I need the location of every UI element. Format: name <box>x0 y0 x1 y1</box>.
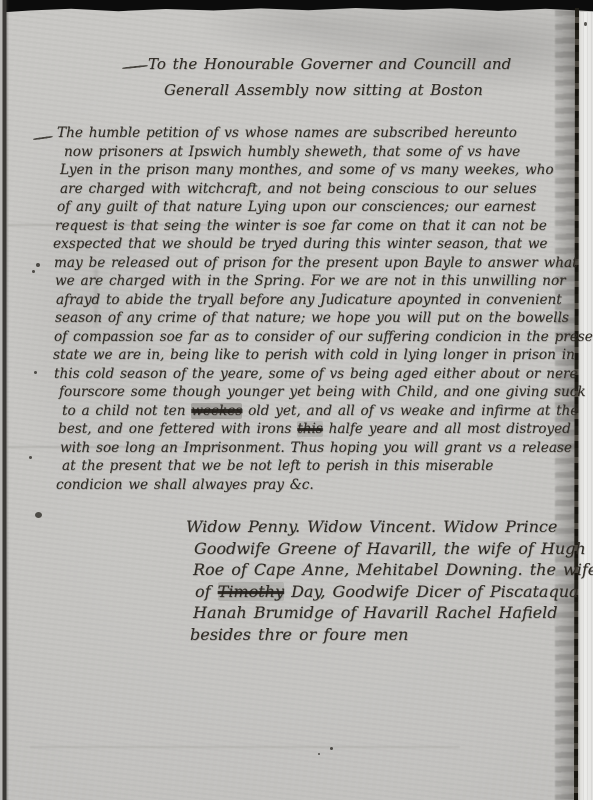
line-segment: halfe yeare and all most distroyed <box>323 421 571 437</box>
heading-line: Generall Assembly now sitting at Boston <box>164 77 511 103</box>
blotted-word: this <box>297 421 323 437</box>
paper-crease <box>30 746 460 748</box>
signature-line: Goodwife Greene of Havarill, the wife of… <box>194 538 593 560</box>
ink-speck <box>584 22 587 26</box>
line-segment: best, and one fettered with irons <box>58 421 297 437</box>
manuscript-line: now prisoners at Ipswich humbly sheweth,… <box>64 143 575 162</box>
manuscript-line-with-blot: to a child not ten weekes old yet, and a… <box>62 402 575 421</box>
manuscript-line: state we are in, being like to perish wi… <box>53 346 575 365</box>
manuscript-line: The humble petition of vs whose names ar… <box>57 124 575 143</box>
manuscript-line: are charged with witchcraft, and not bei… <box>60 180 575 199</box>
manuscript-line: at the present that we be not left to pe… <box>62 457 575 476</box>
ink-speck <box>330 747 333 750</box>
line-segment: Day, Goodwife Dicer of Piscataqua <box>284 582 579 601</box>
petition-heading: To the Honourable Governer and Councill … <box>148 51 511 103</box>
ink-speck <box>32 270 35 273</box>
manuscript-line: may be released out of prison for the pr… <box>54 254 575 273</box>
ink-speck <box>36 263 40 267</box>
manuscript-line: request is that seing the winter is soe … <box>55 217 575 236</box>
manuscript-line: fourscore some though younger yet being … <box>59 383 575 402</box>
signature-line: besides thre or foure men <box>190 624 593 646</box>
manuscript-line-with-blot: best, and one fettered with irons this h… <box>58 420 575 439</box>
manuscript-line: season of any crime of that nature; we h… <box>55 309 575 328</box>
blotted-word: weekes <box>191 403 242 419</box>
signature-line-with-blot: of Timothy Day, Goodwife Dicer of Piscat… <box>195 581 593 603</box>
manuscript-line: of compassion soe far as to consider of … <box>54 328 575 347</box>
heading-line: To the Honourable Governer and Councill … <box>148 51 511 77</box>
manuscript-line: this cold season of the yeare, some of v… <box>54 365 575 384</box>
scan-right-light-strip <box>579 12 593 800</box>
signature-line: Hanah Brumidge of Havarill Rachel Hafiel… <box>193 602 593 624</box>
scan-top-black-edge <box>0 0 593 16</box>
ink-blot <box>35 512 42 518</box>
manuscript-scan: To the Honourable Governer and Councill … <box>0 0 593 800</box>
manuscript-line: with soe long an Imprisonment. Thus hopi… <box>60 439 575 458</box>
ink-speck <box>318 753 320 755</box>
ink-speck <box>34 371 37 374</box>
ink-speck <box>29 456 32 459</box>
petition-body: The humble petition of vs whose names ar… <box>50 124 575 494</box>
manuscript-line: condicion we shall alwayes pray &c. <box>56 476 575 495</box>
petition-signatures: Widow Penny. Widow Vincent. Widow Prince… <box>186 516 593 645</box>
paper-left-torn-edge <box>0 0 9 800</box>
manuscript-line: Lyen in the prison many monthes, and som… <box>60 161 575 180</box>
manuscript-line: of any guilt of that nature Lying upon o… <box>57 198 575 217</box>
line-segment: to a child not ten <box>62 403 191 419</box>
signature-line: Roe of Cape Anne, Mehitabel Downing. the… <box>193 559 593 581</box>
manuscript-line: we are charged with in the Spring. For w… <box>55 272 575 291</box>
pen-dash-mark <box>122 65 148 70</box>
signature-line: Widow Penny. Widow Vincent. Widow Prince <box>186 516 593 538</box>
manuscript-line: afrayd to abide the tryall before any Ju… <box>56 291 575 310</box>
line-segment: old yet, and all of vs weake and infirme… <box>242 403 578 419</box>
manuscript-line: exspected that we should be tryed during… <box>53 235 575 254</box>
blotted-word: Timothy <box>218 582 284 601</box>
line-segment: of <box>195 582 218 601</box>
